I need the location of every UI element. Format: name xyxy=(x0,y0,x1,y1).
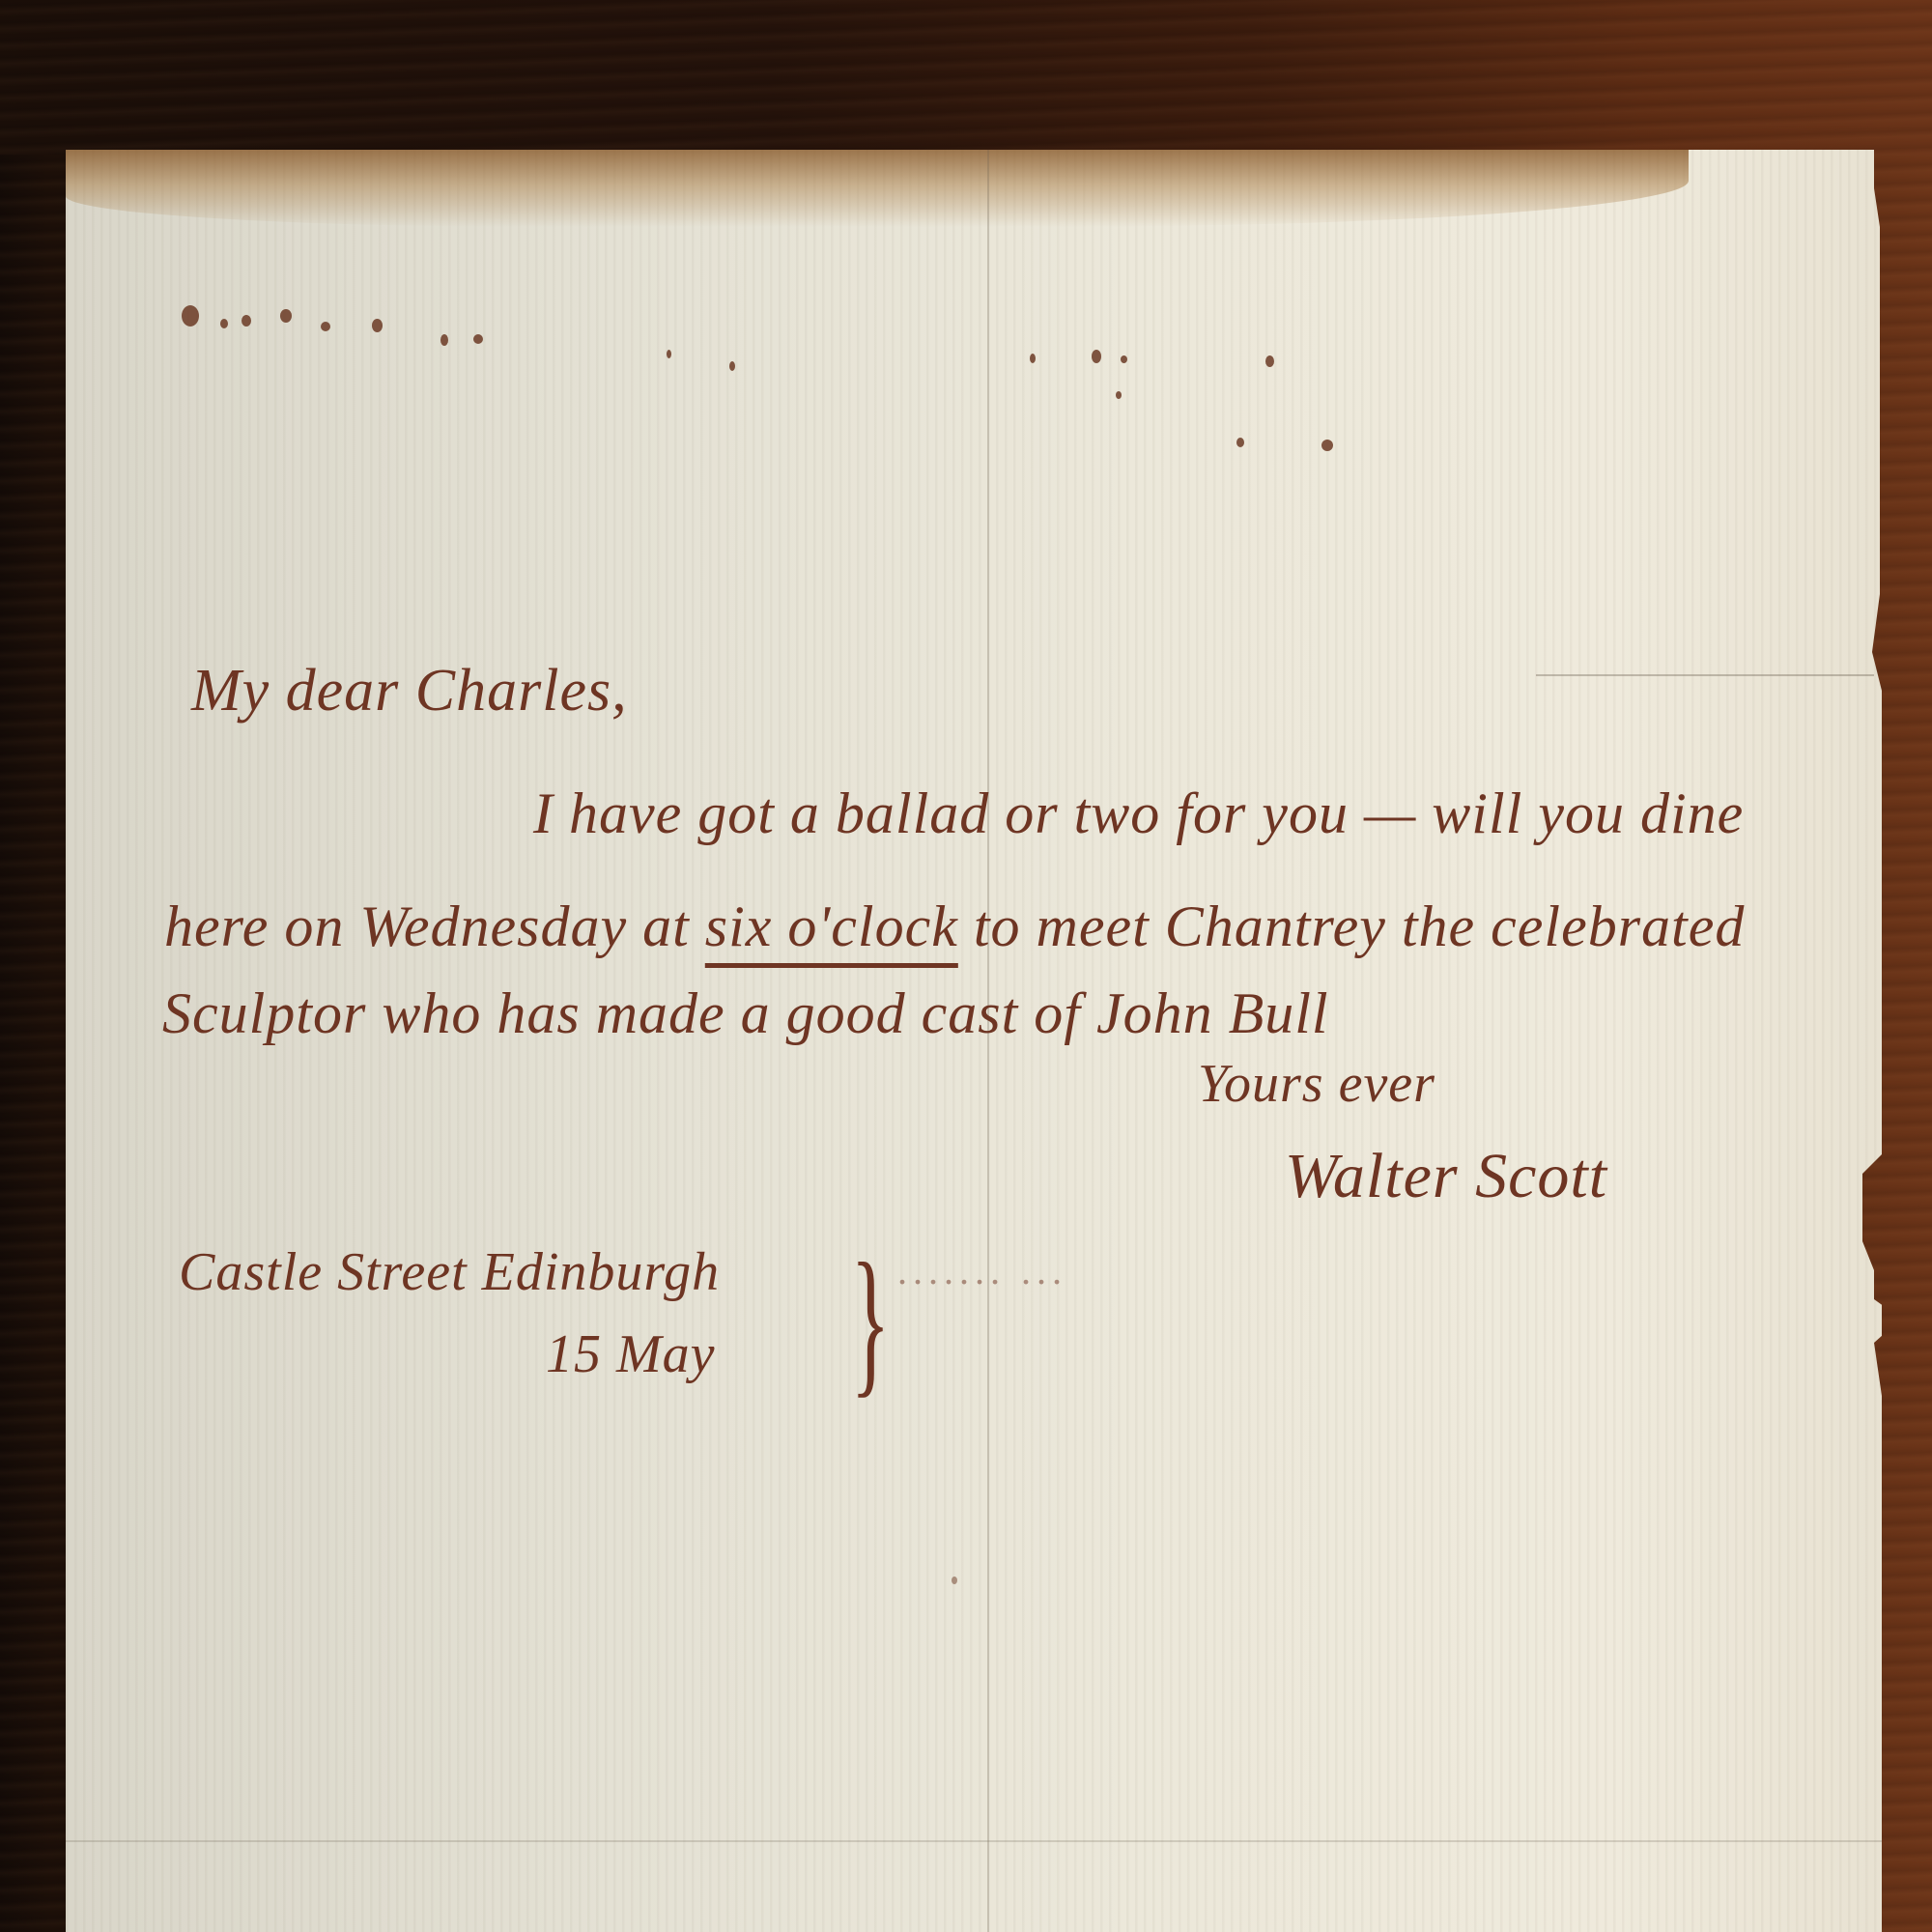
brace-mark: } xyxy=(851,1227,891,1415)
letter-body-line-1: I have got a ballad or two for you — wil… xyxy=(533,781,1744,847)
letter-date: 15 May xyxy=(546,1323,716,1385)
ink-blot xyxy=(1030,354,1036,363)
ink-blot xyxy=(729,361,735,371)
ink-blot xyxy=(1121,355,1127,363)
ink-blot xyxy=(241,315,251,327)
horizontal-fold-line xyxy=(66,1840,1882,1842)
ink-blot xyxy=(1116,391,1122,399)
letter-body-line-3: Sculptor who has made a good cast of Joh… xyxy=(162,980,1329,1047)
water-stain xyxy=(66,150,1689,227)
ink-blot xyxy=(280,309,292,323)
wooden-table-top xyxy=(0,0,1932,155)
letter-signature: Walter Scott xyxy=(1285,1140,1607,1213)
ink-blot xyxy=(321,322,330,331)
ink-blot xyxy=(440,334,448,346)
body-text: to meet Chantrey the celebrated xyxy=(958,895,1746,958)
dotted-leader: ....... ... xyxy=(898,1248,1068,1293)
letter-body-line-2: here on Wednesday at six o'clock to meet… xyxy=(164,894,1745,960)
ink-blot xyxy=(667,350,671,358)
ink-blot xyxy=(1092,350,1101,363)
ink-blot xyxy=(473,334,483,344)
ink-blot xyxy=(372,319,383,332)
ink-blot xyxy=(1265,355,1274,367)
ink-blot xyxy=(220,319,228,328)
ink-blot xyxy=(1236,438,1244,447)
letter-salutation: My dear Charles, xyxy=(191,657,628,725)
body-text: here on Wednesday at xyxy=(164,895,705,958)
horizontal-tear-line xyxy=(1536,674,1874,676)
letter-closing: Yours ever xyxy=(1198,1053,1435,1115)
ink-blot xyxy=(952,1577,957,1584)
ink-blot xyxy=(1321,440,1333,451)
underlined-time: six o'clock xyxy=(705,895,958,958)
ink-blot xyxy=(182,305,199,327)
sender-address: Castle Street Edinburgh xyxy=(179,1241,720,1303)
